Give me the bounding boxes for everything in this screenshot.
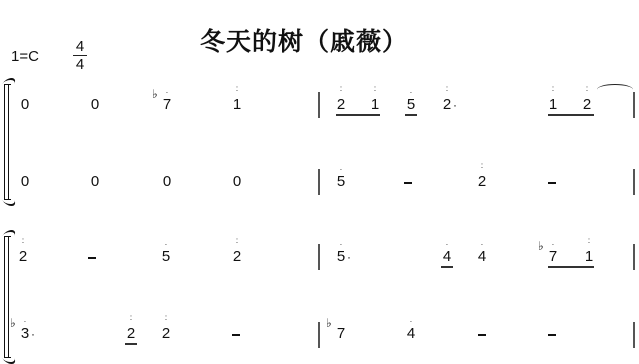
note-rest: 0 xyxy=(160,174,174,190)
note-rest: 0 xyxy=(18,97,32,113)
beam-underline xyxy=(441,266,453,268)
note: ·4 xyxy=(440,249,454,265)
bracket-inner-line xyxy=(8,237,12,357)
beam-underline xyxy=(548,114,594,116)
sustain-dash xyxy=(232,334,240,336)
barline xyxy=(633,92,635,118)
note: ♭·7 xyxy=(160,97,174,113)
beam-underline xyxy=(405,114,417,116)
note: ·5· xyxy=(334,249,348,265)
bracket-hook xyxy=(0,355,17,364)
note: ·5 xyxy=(334,174,348,190)
flat-icon: ♭ xyxy=(326,315,332,331)
bracket-hook xyxy=(0,78,17,87)
beam-underline xyxy=(336,114,380,116)
note: :2 xyxy=(475,174,489,190)
note: :1 xyxy=(582,249,596,265)
tie-slur xyxy=(597,84,633,95)
system-bracket xyxy=(4,84,11,200)
time-signature: 4 4 xyxy=(72,38,88,73)
barline xyxy=(633,169,635,195)
bracket-inner-line xyxy=(8,85,12,199)
note-rest: 0 xyxy=(18,174,32,190)
system-bracket xyxy=(4,236,11,358)
key-signature: 1=C xyxy=(11,48,39,65)
note: :1 xyxy=(230,97,244,113)
sustain-dash xyxy=(548,334,556,336)
barline xyxy=(318,92,320,118)
bracket-hook xyxy=(0,230,17,239)
sustain-dash xyxy=(478,334,486,336)
note: ♭·3· xyxy=(18,326,32,342)
sustain-dash xyxy=(88,257,96,259)
note: ♭·7 xyxy=(546,249,560,265)
sustain-dash xyxy=(404,182,412,184)
flat-icon: ♭ xyxy=(10,315,16,331)
beam-underline xyxy=(125,343,137,345)
flat-icon: ♭ xyxy=(538,238,544,254)
note-rest: 0 xyxy=(88,97,102,113)
bracket-hook xyxy=(0,197,17,206)
barline xyxy=(633,244,635,270)
barline xyxy=(318,244,320,270)
note: ·5 xyxy=(404,97,418,113)
barline xyxy=(633,322,635,348)
sustain-dash xyxy=(548,182,556,184)
barline xyxy=(318,169,320,195)
note: ·4 xyxy=(475,249,489,265)
note: :2 xyxy=(124,326,138,342)
note: :1 xyxy=(368,97,382,113)
note: :2 xyxy=(580,97,594,113)
flat-icon: ♭ xyxy=(152,86,158,102)
time-denominator: 4 xyxy=(72,56,88,73)
note: ·4 xyxy=(404,326,418,342)
note-rest: 0 xyxy=(230,174,244,190)
note: ♭7 xyxy=(334,326,348,342)
barline xyxy=(318,322,320,348)
note: :2 xyxy=(334,97,348,113)
note-rest: 0 xyxy=(88,174,102,190)
beam-underline xyxy=(548,266,594,268)
note: :2 xyxy=(16,249,30,265)
note: :1 xyxy=(546,97,560,113)
note: :2 xyxy=(230,249,244,265)
note: ·5 xyxy=(159,249,173,265)
note: :2 xyxy=(159,326,173,342)
note: :2· xyxy=(440,97,454,113)
time-numerator: 4 xyxy=(72,38,88,55)
score-title: 冬天的树（戚薇） xyxy=(200,22,408,58)
